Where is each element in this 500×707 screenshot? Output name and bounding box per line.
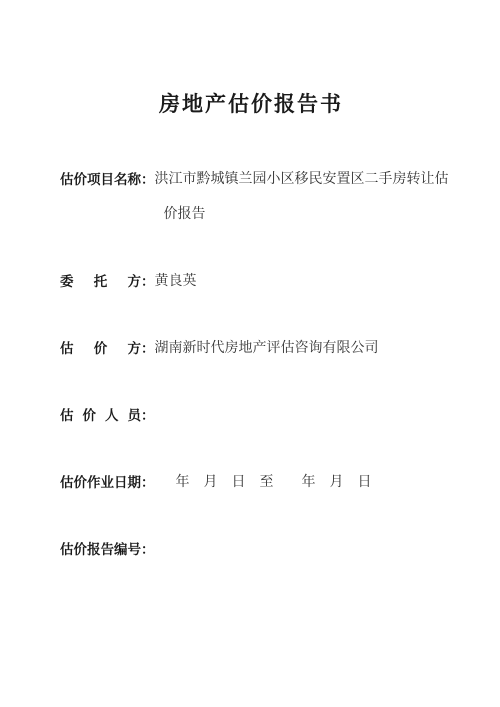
field-valuers-value xyxy=(155,398,451,433)
field-work-dates-label-text: 估价作业日期 xyxy=(60,465,141,500)
field-project-name: 估价项目名称： 洪江市黔城镇兰园小区移民安置区二手房转让估价报告 xyxy=(60,162,450,232)
field-client-colon: ： xyxy=(141,264,155,299)
field-project-name-colon: ： xyxy=(141,162,155,197)
field-appraiser-label: 估价方： xyxy=(60,331,155,366)
document-title: 房地产估价报告书 xyxy=(0,0,500,119)
field-valuers-label-text: 估价人员 xyxy=(60,398,141,433)
field-appraiser: 估价方： 湖南新时代房地产评估咨询有限公司 xyxy=(60,331,450,366)
field-client-label: 委托方： xyxy=(60,264,155,299)
field-work-dates-colon: ： xyxy=(141,465,155,500)
field-report-number-value xyxy=(155,532,451,567)
field-client-value: 黄良英 xyxy=(155,264,451,299)
field-report-number: 估价报告编号： xyxy=(60,532,450,567)
field-project-name-value: 洪江市黔城镇兰园小区移民安置区二手房转让估价报告 xyxy=(155,162,451,232)
field-valuers: 估价人员： xyxy=(60,398,450,433)
field-project-name-label: 估价项目名称： xyxy=(60,162,155,197)
document-page: 房地产估价报告书 估价项目名称： 洪江市黔城镇兰园小区移民安置区二手房转让估价报… xyxy=(0,0,500,707)
field-work-dates: 估价作业日期： 年 月 日 至 年 月 日 xyxy=(60,465,450,500)
field-valuers-colon: ： xyxy=(141,398,155,433)
field-client-label-text: 委托方 xyxy=(60,264,141,299)
cover-fields: 估价项目名称： 洪江市黔城镇兰园小区移民安置区二手房转让估价报告 委托方： 黄良… xyxy=(60,162,450,567)
field-report-number-label: 估价报告编号： xyxy=(60,532,155,567)
field-report-number-colon: ： xyxy=(141,532,155,567)
field-report-number-label-text: 估价报告编号 xyxy=(60,532,141,567)
field-client: 委托方： 黄良英 xyxy=(60,264,450,299)
field-appraiser-colon: ： xyxy=(141,331,155,366)
field-valuers-label: 估价人员： xyxy=(60,398,155,433)
field-work-dates-label: 估价作业日期： xyxy=(60,465,155,500)
field-appraiser-value: 湖南新时代房地产评估咨询有限公司 xyxy=(155,331,451,366)
field-work-dates-value: 年 月 日 至 年 月 日 xyxy=(155,465,451,500)
field-project-name-label-text: 估价项目名称 xyxy=(60,162,141,197)
field-appraiser-label-text: 估价方 xyxy=(60,331,141,366)
